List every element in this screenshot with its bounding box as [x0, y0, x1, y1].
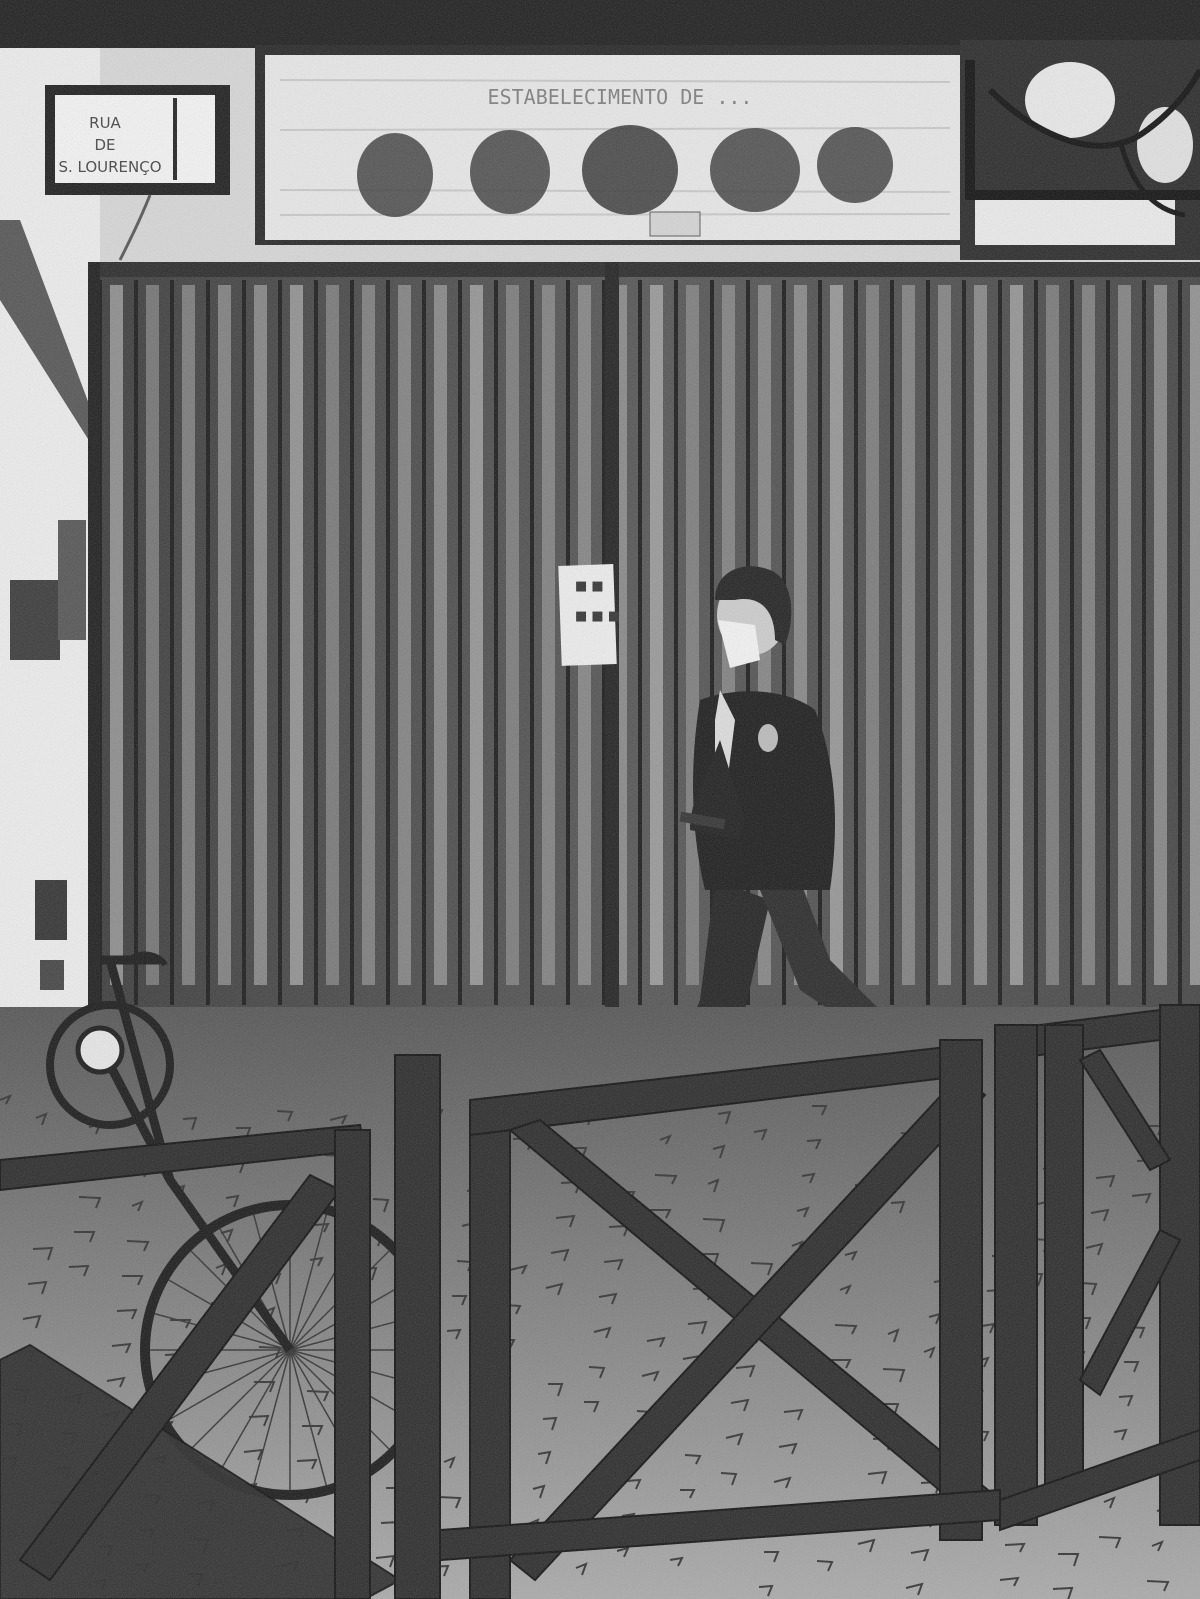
- scene-svg: RUA DE S. LOURENÇO ESTABELECIMENTO DE ..…: [0, 0, 1200, 1599]
- charcoal-drawing: RUA DE S. LOURENÇO ESTABELECIMENTO DE ..…: [0, 0, 1200, 1599]
- charcoal-grain-overlay: [0, 0, 1200, 1599]
